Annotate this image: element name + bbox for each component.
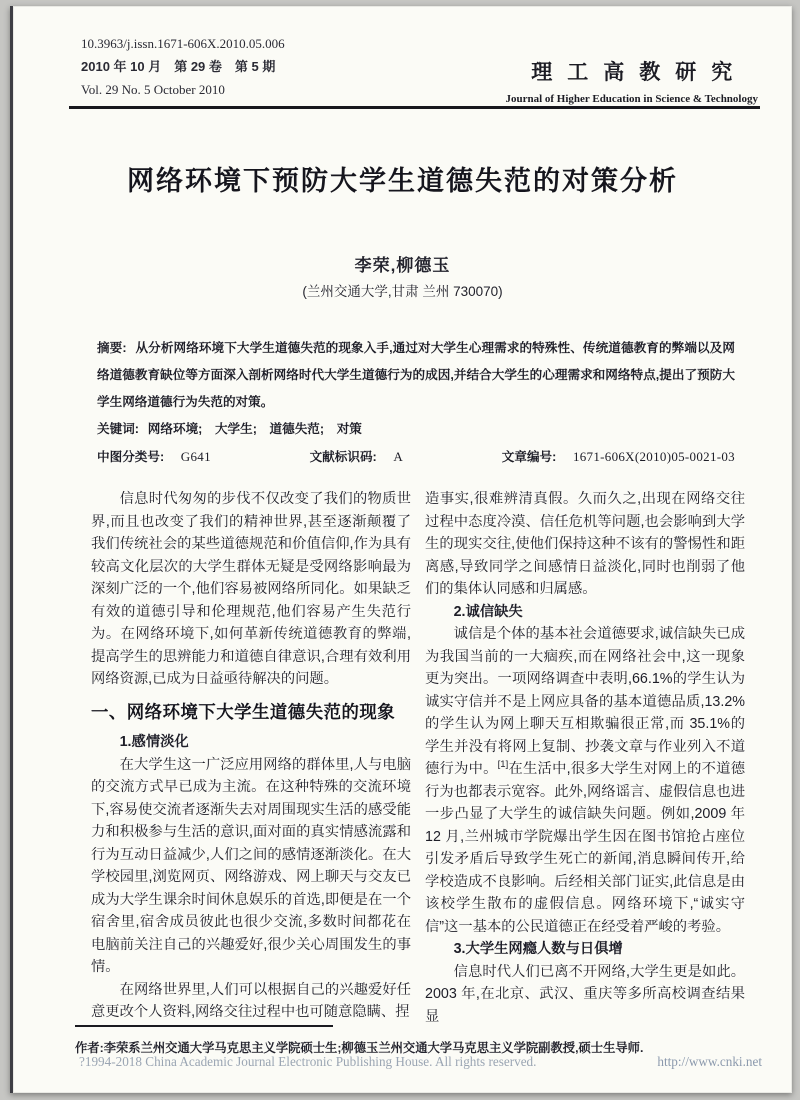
paragraph-emotion: 在大学生这一广泛应用网络的群体里,人与电脑的交流方式早已成为主流。在这种特殊的交… [91,754,411,979]
doc-code-value: A [393,449,403,464]
article-no-group: 文章编号:1671-606X(2010)05-0021-03 [502,443,735,471]
section-heading-1: 一、网络环境下大学生道德失范的现象 [91,701,411,724]
keywords-text: 网络环境; 大学生; 道德失范; 对策 [148,422,362,436]
cnki-url: http://www.cnki.net [657,1054,762,1070]
journal-name-block: 理工高教研究 Journal of Higher Education in Sc… [505,56,758,105]
clc-value: G641 [181,449,211,464]
subsection-heading-2: 2.诚信缺失 [425,601,745,624]
classification-line: 中图分类号:G641 文献标识码:A 文章编号:1671-606X(2010)0… [97,443,735,471]
header-divider [69,106,760,109]
scanned-paper-page: 10.3963/j.issn.1671-606X.2010.05.006 201… [10,6,792,1093]
integrity-text-a: 诚信是个体的基本社会道德要求,诚信缺失已成为我国当前的一大痼疾,而在网络社会中,… [425,626,745,777]
doi-line: 10.3963/j.issn.1671-606X.2010.05.006 [81,32,285,55]
paragraph-intro: 信息时代匆匆的步伐不仅改变了我们的物质世界,而且也改变了我们的精神世界,甚至逐渐… [91,488,411,691]
footnote-divider [75,1025,333,1027]
cnki-watermark: ?1994-2018 China Academic Journal Electr… [79,1054,762,1070]
subsection-heading-3: 3.大学生网瘾人数与日俱增 [425,938,745,961]
authors: 李荣,柳德玉 [13,251,792,276]
journal-name-cn: 理工高教研究 [505,56,758,86]
doc-code-label: 文献标识码: [310,450,377,464]
abstract-paragraph: 摘要:从分析网络环境下大学生道德失范的现象入手,通过对大学生心理需求的特殊性、传… [97,335,735,416]
article-no-label: 文章编号: [502,450,557,464]
journal-name-en: Journal of Higher Education in Science &… [505,93,758,105]
article-no-value: 1671-606X(2010)05-0021-03 [573,449,735,464]
body-column-left: 信息时代匆匆的步伐不仅改变了我们的物质世界,而且也改变了我们的精神世界,甚至逐渐… [91,488,411,1024]
clc-label: 中图分类号: [97,450,164,464]
abstract-text: 从分析网络环境下大学生道德失范的现象入手,通过对大学生心理需求的特殊性、传统道德… [97,341,735,409]
issue-line-en: Vol. 29 No. 5 October 2010 [81,78,285,101]
issue-line-cn: 2010 年 10 月 第 29 卷 第 5 期 [81,55,285,78]
paragraph-profile-right: 造事实,很难辨清真假。久而久之,出现在网络交往过程中态度冷漠、信任危机等问题,也… [425,488,745,601]
copyright-text: ?1994-2018 China Academic Journal Electr… [79,1054,536,1070]
paragraph-profile-left: 在网络世界里,人们可以根据自己的兴趣爱好任意更改个人资料,网络交往过程中也可随意… [91,979,411,1024]
paragraph-integrity: 诚信是个体的基本社会道德要求,诚信缺失已成为我国当前的一大痼疾,而在网络社会中,… [425,623,745,938]
keywords-label: 关键词: [97,422,139,436]
paper-title: 网络环境下预防大学生道德失范的对策分析 [13,159,792,198]
affiliation: (兰州交通大学,甘肃 兰州 730070) [13,280,792,300]
journal-issue-info: 10.3963/j.issn.1671-606X.2010.05.006 201… [81,32,285,101]
keywords-line: 关键词:网络环境; 大学生; 道德失范; 对策 [97,416,735,443]
paragraph-addiction: 信息时代人们已离不开网络,大学生更是如此。2003 年,在北京、武汉、重庆等多所… [425,961,745,1029]
doc-code-group: 文献标识码:A [310,443,403,471]
reference-marker: [1] [498,759,509,770]
abstract-block: 摘要:从分析网络环境下大学生道德失范的现象入手,通过对大学生心理需求的特殊性、传… [97,335,735,471]
integrity-text-b: 在生活中,很多大学生对网上的不道德行为也都表示宽容。此外,网络谣言、虚假信息也进… [425,761,745,935]
subsection-heading-1: 1.感情淡化 [91,731,411,754]
body-column-right: 造事实,很难辨清真假。久而久之,出现在网络交往过程中态度冷漠、信任危机等问题,也… [425,488,745,1028]
clc-group: 中图分类号:G641 [97,443,211,471]
abstract-label: 摘要: [97,341,127,355]
